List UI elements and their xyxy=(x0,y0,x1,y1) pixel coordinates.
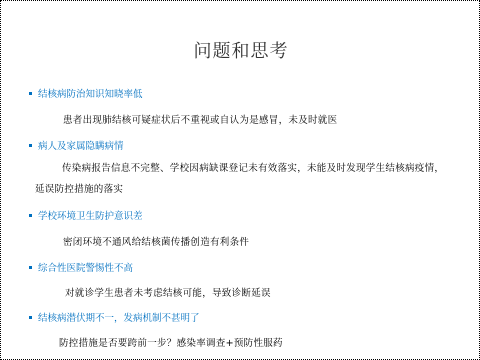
bullet-square-icon xyxy=(29,144,32,147)
bullet-square-icon xyxy=(29,266,32,269)
bullet-heading-2: 病人及家属隐瞒病情 xyxy=(29,138,124,152)
bullet-detail-3: 密闭环境不通风给结核菌传播创造有利条件 xyxy=(63,234,249,248)
bullet-heading-1: 结核病防治知识知晓率低 xyxy=(29,86,143,100)
bullet-square-icon xyxy=(29,92,32,95)
bullet-detail-5: 防控措施是否要跨前一步？感染率调查+预防性服药 xyxy=(59,335,283,349)
bullet-heading-4: 综合性医院警惕性不高 xyxy=(29,260,133,274)
slide-title: 问题和思考 xyxy=(1,37,480,63)
heading-text: 综合性医院警惕性不高 xyxy=(38,263,133,274)
bullet-square-icon xyxy=(29,214,32,217)
bullet-detail-4: 对就诊学生患者未考虑结核可能，导致诊断延误 xyxy=(65,285,271,299)
heading-text: 结核病潜伏期不一，发病机制不甚明了 xyxy=(38,313,200,324)
bullet-square-icon xyxy=(29,316,32,319)
heading-text: 结核病防治知识知晓率低 xyxy=(38,89,143,100)
bullet-detail-2: 传染病报告信息不完整、学校因病缺课登记未有效落实，未能及时发现学生结核病疫情，延… xyxy=(35,158,450,200)
bullet-detail-1: 患者出现肺结核可疑症状后不重视或自认为是感冒，未及时就医 xyxy=(63,112,337,126)
bullet-heading-5: 结核病潜伏期不一，发病机制不甚明了 xyxy=(29,310,200,324)
heading-text: 学校环境卫生防护意识差 xyxy=(38,211,143,222)
slide: 问题和思考 结核病防治知识知晓率低 患者出现肺结核可疑症状后不重视或自认为是感冒… xyxy=(0,0,480,360)
bullet-heading-3: 学校环境卫生防护意识差 xyxy=(29,208,143,222)
heading-text: 病人及家属隐瞒病情 xyxy=(38,141,124,152)
